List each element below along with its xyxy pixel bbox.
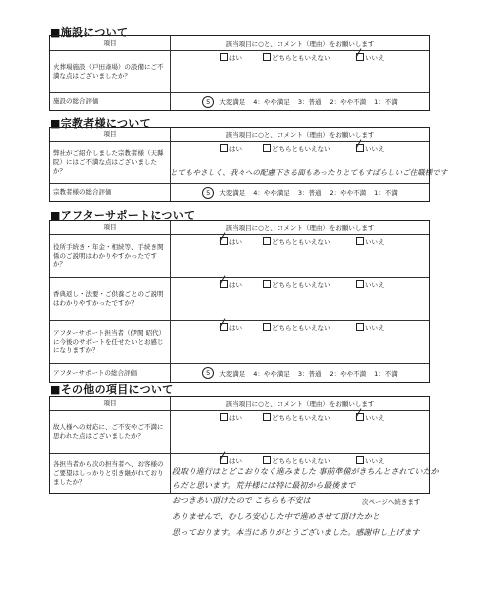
checkbox-icon[interactable] [220, 413, 228, 421]
question-text: 役所手続き・年金・相続等、手続き関係のご説明はわかりやすかったですか？ [50, 235, 171, 277]
checkbox-icon[interactable] [356, 323, 364, 331]
question-text: 香典返し・法要・ご供養ごとのご説明はわかりやすかったですか？ [50, 278, 171, 320]
option-no[interactable]: いいえ [356, 144, 385, 153]
option-neutral[interactable]: どちらともいえない [263, 237, 331, 246]
overall-rating-row: 施設の総合評価 5大変満足4：やや満足3：普通2：やや不満1：不満 [50, 92, 429, 110]
checkbox-checked-icon[interactable] [220, 323, 228, 331]
checkbox-icon[interactable] [263, 456, 271, 464]
checkbox-icon[interactable] [263, 280, 271, 288]
overall-label: 施設の総合評価 [50, 93, 171, 110]
question-text: アフターサポート担当者（伊関 昭代）に今後のサポートを任せたいとお感じになります… [50, 321, 171, 363]
rating-selected-circle[interactable]: 5 [202, 96, 214, 108]
section-title-other: ■その他の項目について [50, 381, 173, 397]
option-no[interactable]: いいえ [356, 456, 385, 465]
rating-selected-circle[interactable]: 5 [202, 367, 214, 379]
col-header-item: 項目 [50, 36, 171, 50]
checkbox-icon[interactable] [220, 53, 228, 61]
col-header-item: 項目 [50, 128, 171, 141]
question-text: 故人様への対応に、ご不安やご不満に思われた点はございましたか？ [50, 411, 171, 453]
overall-rating-row: アフターサポートの総合評価 5大変満足4：やや満足3：普通2：やや不満1：不満 [50, 363, 429, 382]
col-header-instruction: 該当項目に○と、コメント（理由）をお願いします [171, 221, 429, 234]
col-header-instruction: 該当項目に○と、コメント（理由）をお願いします [171, 36, 429, 50]
checkbox-icon[interactable] [263, 144, 271, 152]
option-yes[interactable]: はい [220, 323, 242, 332]
checkbox-icon[interactable] [263, 237, 271, 245]
checkbox-icon[interactable] [356, 456, 364, 464]
option-no[interactable]: いいえ [356, 323, 385, 332]
handwritten-overflow-line: おつきあい頂けたので こちらも不安は [172, 495, 310, 506]
overall-rating-row: 宗教者様の総合評価 5大変満足4：やや満足3：普通2：やや不満1：不満 [50, 183, 429, 201]
checkbox-checked-icon[interactable] [356, 53, 364, 61]
option-no[interactable]: いいえ [356, 53, 385, 62]
question-row: 故人様への対応に、ご不安やご不満に思われた点はございましたか？ はい どちらとも… [50, 410, 429, 453]
checkbox-checked-icon[interactable] [220, 456, 228, 464]
col-header-instruction: 該当項目に○と、コメント（理由）をお願いします [171, 397, 429, 410]
facility-table: 項目 該当項目に○と、コメント（理由）をお願いします 火葬場施設（戸田斎場）の設… [49, 35, 430, 111]
handwritten-comment: 段取り進行はとどこおりなく進みました 事前準備がきちんとされていたからだと思いま… [172, 465, 442, 493]
question-row: 役所手続き・年金・相続等、手続き関係のご説明はわかりやすかったですか？ はい ど… [50, 234, 429, 277]
checkbox-checked-icon[interactable] [220, 280, 228, 288]
option-yes[interactable]: はい [220, 456, 242, 465]
question-text: 火葬場施設（戸田斎場）の設備にご不満な点はございましたか？ [50, 51, 171, 92]
option-neutral[interactable]: どちらともいえない [263, 456, 331, 465]
rating-scale[interactable]: 5大変満足4：やや満足3：普通2：やや不満1：不満 [171, 364, 429, 382]
overall-label: アフターサポートの総合評価 [50, 364, 171, 382]
checkbox-checked-icon[interactable] [220, 237, 228, 245]
rating-selected-circle[interactable]: 5 [202, 187, 214, 199]
rating-scale[interactable]: 5大変満足4：やや満足3：普通2：やや不満1：不満 [171, 93, 429, 110]
col-header-item: 項目 [50, 221, 171, 234]
question-row: 火葬場施設（戸田斎場）の設備にご不満な点はございましたか？ はい どちらともいえ… [50, 50, 429, 92]
checkbox-icon[interactable] [220, 144, 228, 152]
option-yes[interactable]: はい [220, 237, 242, 246]
rating-scale[interactable]: 5大変満足4：やや満足3：普通2：やや不満1：不満 [171, 184, 429, 201]
checkbox-icon[interactable] [356, 280, 364, 288]
handwritten-overflow-line: 思っております。本当にありがとうございました。感謝申し上げます [172, 527, 419, 538]
option-neutral[interactable]: どちらともいえない [263, 53, 331, 62]
question-row: 香典返し・法要・ご供養ごとのご説明はわかりやすかったですか？ はい どちらともい… [50, 277, 429, 320]
option-neutral[interactable]: どちらともいえない [263, 323, 331, 332]
question-text: 弊社がご紹介しました宗教者様（天縣院）にはご不満な点はございましたか？ [50, 142, 171, 183]
option-yes[interactable]: はい [220, 144, 242, 153]
checkbox-icon[interactable] [263, 413, 271, 421]
overall-label: 宗教者様の総合評価 [50, 184, 171, 201]
handwritten-comment: とてもやさしく、我々への配慮下さる面もあったりとてもすばらしいご住職様です [170, 167, 447, 178]
question-row: アフターサポート担当者（伊関 昭代）に今後のサポートを任せたいとお感じになります… [50, 320, 429, 363]
checkbox-checked-icon[interactable] [356, 144, 364, 152]
handwritten-overflow-line: ありませんで、むしろ安心した中で進めさせて頂けたかと [172, 511, 380, 522]
religious-table: 項目 該当項目に○と、コメント（理由）をお願いします 弊社がご紹介しました宗教者… [49, 127, 430, 202]
option-neutral[interactable]: どちらともいえない [263, 144, 331, 153]
checkbox-icon[interactable] [263, 323, 271, 331]
col-header-item: 項目 [50, 397, 171, 410]
checkbox-icon[interactable] [356, 237, 364, 245]
option-yes[interactable]: はい [220, 53, 242, 62]
option-no[interactable]: いいえ [356, 413, 385, 422]
option-no[interactable]: いいえ [356, 237, 385, 246]
option-yes[interactable]: はい [220, 280, 242, 289]
option-neutral[interactable]: どちらともいえない [263, 280, 331, 289]
col-header-instruction: 該当項目に○と、コメント（理由）をお願いします [171, 128, 429, 141]
continuation-note: 次ページへ続きます [362, 497, 420, 506]
option-neutral[interactable]: どちらともいえない [263, 413, 331, 422]
checkbox-icon[interactable] [263, 53, 271, 61]
option-no[interactable]: いいえ [356, 280, 385, 289]
option-yes[interactable]: はい [220, 413, 242, 422]
aftersupport-table: 項目 該当項目に○と、コメント（理由）をお願いします 役所手続き・年金・相続等、… [49, 220, 430, 383]
question-text: 各担当者から次の担当者へ、お客様のご要望はしっかりと引き継がれておりましたか？ [50, 454, 171, 493]
checkbox-checked-icon[interactable] [356, 413, 364, 421]
